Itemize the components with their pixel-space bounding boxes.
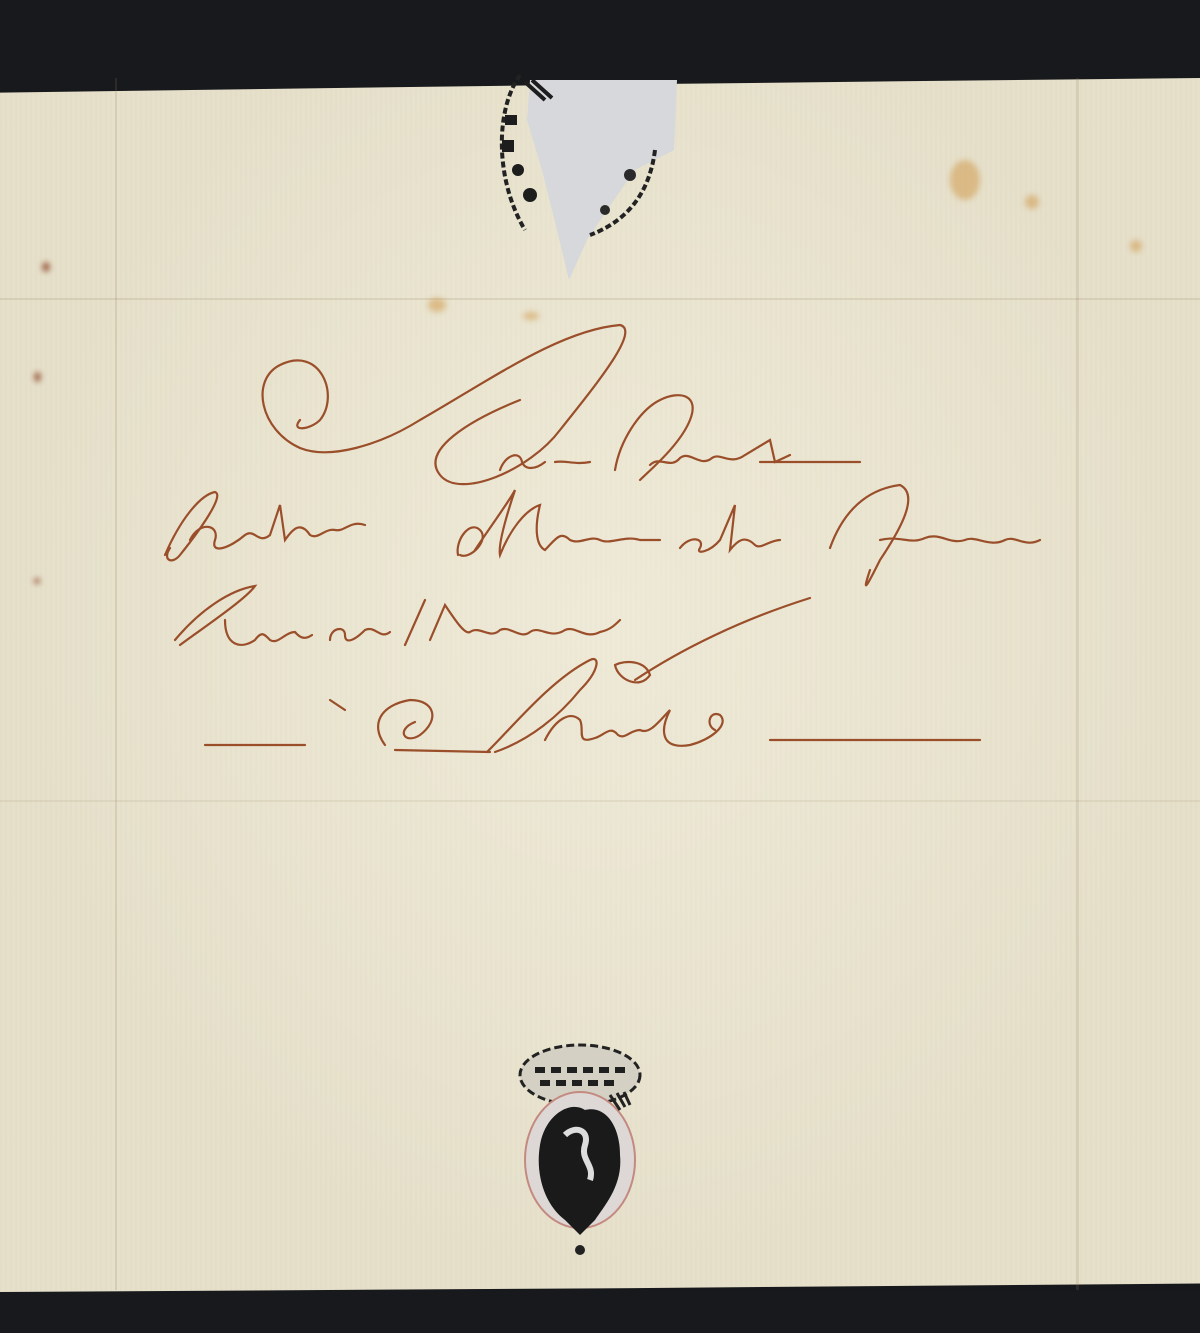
handwritten-address — [0, 0, 1200, 1333]
